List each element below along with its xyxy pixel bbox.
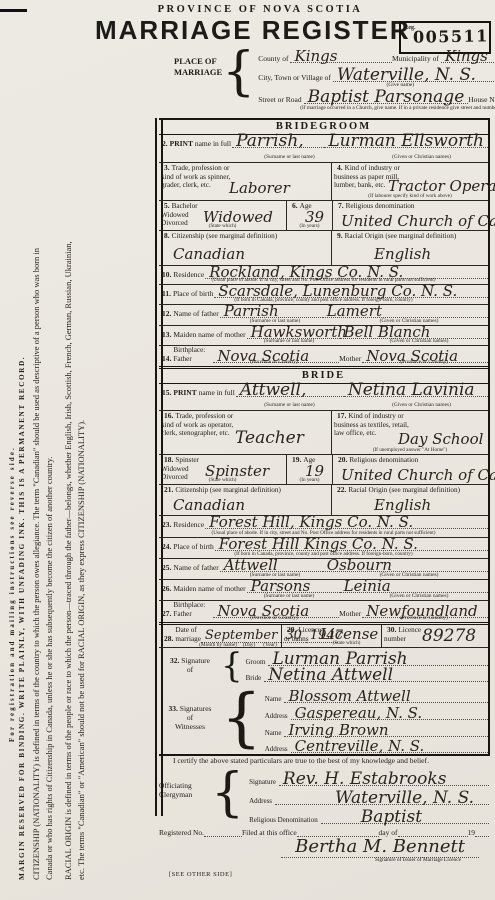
field-groom-industry: 4.Kind of industry or business as paper … [331, 163, 488, 200]
surname-sublabel: (Surname or last name) [237, 154, 342, 160]
witness-line: Name Blossom Attwell [262, 686, 488, 703]
clergyman-denomination-value: Baptist [321, 811, 489, 824]
bride-industry-sublabel: (If unemployed answer "At Home") [332, 447, 488, 453]
bride-racial-value: English [370, 499, 435, 511]
bride-signature-value: Netina Attwell [264, 669, 488, 682]
row-witness-signatures: 33. SignaturesofWitnesses { Name Blossom… [159, 684, 488, 754]
field-groom-mother: 13. Maiden name of mother Hawksworth Bel… [159, 326, 488, 346]
in-years-sublabel: (In years) [287, 223, 332, 229]
row-date-licence: 28. Date of marriage September 30 1947 (… [159, 622, 488, 648]
issuer-signature-line: Bertha M. Bennett [159, 839, 489, 857]
municipality-label: Municipality of [392, 54, 441, 63]
see-other-side-note: [SEE OTHER SIDE] [159, 871, 489, 878]
field-bride-age: 19.Age 19 (In years) [286, 455, 332, 484]
province-title: PROVINCE OF NOVA SCOTIA [110, 4, 410, 15]
groom-industry-value: Tractor Operator [384, 180, 495, 192]
licence-number-value: 89278 [418, 630, 480, 642]
city-line: City, Town or Village of Waterville, N. … [258, 63, 495, 82]
margin-note-citizenship-definition: CITIZENSHIP (NATIONALITY) is defined in … [30, 238, 56, 880]
licence-value: License [316, 628, 382, 640]
groom-religion-value: United Church of Canada [337, 215, 495, 227]
field-groom-citizenship: 8.Citizenship (see marginal definition) … [159, 231, 331, 265]
field-groom-racial-origin: 9.Racial Origin (see marginal definition… [331, 231, 488, 265]
certify-statement: I certify the above stated particulars a… [159, 752, 489, 767]
clergyman-signature-line: Signature Rev. H. Estabrooks [246, 767, 489, 786]
county-line: County of Kings Municipality of Kings [258, 44, 495, 63]
brace-glyph: { [211, 767, 244, 824]
street-sublabel: (If marriage occurred in a Church, give … [258, 105, 495, 111]
bride-trade-value: Teacher [231, 432, 308, 444]
city-label: City, Town or Village of [258, 73, 333, 82]
field-marriage-date: 28. Date of marriage September 30 1947 (… [159, 625, 281, 647]
bride-residence-value: Forest Hill, Kings Co. N. S. [205, 516, 488, 529]
field-bride-trade: 16.Trade, profession or kind of work as … [159, 411, 331, 454]
field-bride-racial-origin: 22.Racial Origin (see marginal definitio… [331, 485, 488, 515]
street-value: Baptist Parsonage [304, 91, 469, 104]
bride-surname-value: Attwell, [236, 384, 344, 397]
field-groom-parents-birthplace: 14. Birthplace:Father Nova Scotia Mother… [159, 346, 488, 366]
bride-father-given: Osbourn [323, 559, 488, 572]
bride-status-value: Spinster [201, 465, 273, 477]
row-citizenship-racial-groom: 8.Citizenship (see marginal definition) … [159, 231, 488, 266]
scan-artifact-dash [0, 9, 27, 12]
groom-status-value: Widowed [199, 211, 277, 223]
margin-note-racial-origin-definition: RACIAL ORIGIN is defined in terms of the… [62, 238, 88, 880]
state-which-sublabel: (State which) [159, 223, 286, 229]
row-citizenship-racial-bride: 21.Citizenship (see marginal definition)… [159, 485, 488, 516]
groom-industry-sublabel: (If labourer specify kind of work above) [332, 193, 488, 199]
field-groom-name: 2. PRINT name in full Parrish, Lurman El… [159, 135, 488, 163]
brace-glyph: { [221, 686, 262, 754]
groom-racial-value: English [370, 248, 435, 260]
field-groom-birthplace: 11. Place of birth Scarsdale, Lunenburg … [159, 285, 488, 305]
brace-glyph: { [222, 46, 255, 111]
row-status-age-religion-groom: 5.Bachelor Widowed Divorced Widowed (Sta… [159, 201, 488, 231]
city-value: Waterville, N. S. [333, 69, 495, 82]
groom-father-given: Lamert [323, 305, 488, 318]
witness-line: Address Centreville, N. S. [262, 737, 488, 753]
bride-industry-value: Day School [394, 433, 487, 445]
groom-signature-line: Groom Lurman Parrish [243, 649, 488, 666]
field-groom-status: 5.Bachelor Widowed Divorced Widowed (Sta… [159, 201, 286, 230]
field-bride-status: 18.Spinster Widowed Divorced Spinster (S… [159, 455, 286, 484]
row-trade-industry-bride: 16.Trade, profession or kind of work as … [159, 411, 488, 455]
witness-line: Name Irving Brown [262, 720, 488, 737]
witness-1-address: Gaspereau, N. S. [291, 707, 488, 720]
row-status-age-religion-bride: 18.Spinster Widowed Divorced Spinster (S… [159, 455, 488, 485]
certification-block: I certify the above stated particulars a… [159, 752, 489, 878]
bride-father-surname: Attwell [220, 559, 323, 572]
marriage-register-document: For registration and mailing instruction… [0, 0, 495, 900]
margin-note-binding: MARGIN RESERVED FOR BINDING. WRITE PLAIN… [16, 232, 29, 880]
bride-mother-given: Leinia [340, 580, 488, 593]
place-of-marriage-label: PLACE OF MARRIAGE [174, 44, 222, 111]
brace-glyph: { [221, 649, 243, 684]
witnesses-label: 33. SignaturesofWitnesses [159, 684, 221, 754]
field-groom-religion: 7.Religious denomination United Church o… [332, 201, 488, 230]
witness-line: Address Gaspereau, N. S. [262, 703, 488, 720]
field-licence-number: 30.Licence number 89278 [381, 625, 488, 647]
county-value: Kings [290, 50, 392, 63]
field-bride-citizenship: 21.Citizenship (see marginal definition)… [159, 485, 331, 515]
given-sublabel: (Given or Christian names) [364, 154, 479, 160]
signature-of-label: 32. Signatureof [159, 648, 221, 684]
witness-2-name: Irving Brown [284, 724, 488, 737]
field-licence-or-banns: 29.Licence or banns License (State which… [281, 625, 381, 647]
row-couple-signatures: 32. Signatureof { Groom Lurman Parrish B… [159, 648, 488, 684]
bride-given-value: Netina Lavinia [344, 384, 488, 397]
bride-age-value: 19 [301, 465, 328, 477]
field-bride-industry: 17.Kind of industry or business as texti… [331, 411, 488, 454]
county-label: County of [258, 54, 290, 63]
issuer-signature-value: Bertha M. Bennett [281, 836, 479, 858]
groom-father-surname: Parrish [220, 305, 323, 318]
bride-mother-surname: Parsons [247, 580, 340, 593]
field-bride-father: 25. Name of father Attwell Osbourn (Surn… [159, 559, 488, 580]
groom-citizenship-value: Canadian [169, 248, 249, 260]
street-line: Street or Road Baptist Parsonage House N… [258, 88, 495, 104]
field-bride-name: 15. PRINT name in full Attwell, Netina L… [159, 384, 488, 411]
field-groom-age: 6.Age 39 (In years) [286, 201, 332, 230]
groom-trade-value: Laborer [225, 182, 294, 194]
municipality-value: Kings [441, 50, 495, 63]
register-form-box: BRIDEGROOM 2. PRINT name in full Parrish… [159, 118, 490, 756]
place-of-marriage-block: PLACE OF MARRIAGE { County of Kings Muni… [174, 44, 490, 111]
groom-age-value: 39 [301, 211, 328, 223]
bride-birthplace-value: Forest Hill Kings Co. N. S. [215, 538, 488, 551]
bride-religion-value: United Church of Canada [337, 469, 495, 481]
witness-1-name: Blossom Attwell [284, 690, 488, 703]
bride-signature-line: Bride Netina Attwell [243, 666, 488, 682]
house-no-label: House No. [468, 95, 495, 104]
field-bride-mother: 26. Maiden name of mother Parsons Leinia… [159, 580, 488, 601]
bride-citizenship-value: Canadian [169, 499, 249, 511]
field-groom-trade: 3.Trade, profession or kind of work as s… [159, 163, 331, 200]
groom-given-value: Lurman Ellsworth [324, 135, 488, 148]
clergyman-address-value: Waterville, N. S. [275, 792, 489, 805]
clergyman-signature-value: Rev. H. Estabrooks [279, 773, 489, 786]
field-bride-religion: 20.Religious denomination United Church … [332, 455, 488, 484]
groom-surname-value: Parrish, [232, 135, 324, 148]
row-trade-industry-groom: 3.Trade, profession or kind of work as s… [159, 163, 488, 201]
officiating-clergyman-label: Officiating Clergyman [159, 767, 211, 824]
street-label: Street or Road [258, 95, 303, 104]
groom-birthplace-sublabel: (If born in Canada, province, county and… [159, 297, 488, 303]
field-bride-birthplace: 24. Place of birth Forest Hill Kings Co.… [159, 538, 488, 559]
field-bride-parents-birthplace: 27. Birthplace:Father Nova Scotia Mother… [159, 601, 488, 622]
